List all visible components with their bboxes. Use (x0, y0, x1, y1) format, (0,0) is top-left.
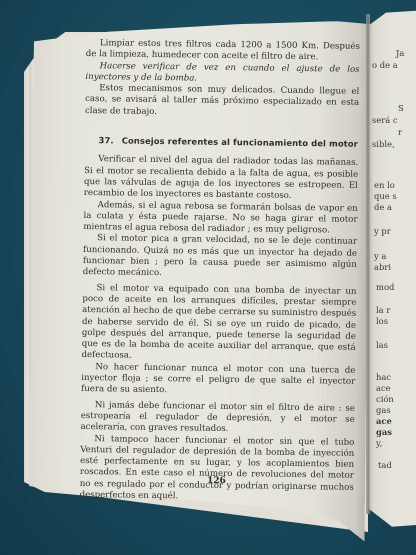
right-fragment: y pr (374, 226, 391, 237)
right-fragment: de a (374, 202, 392, 213)
right-page-text-fragments: Ja o de a S será c r sible, en lo que s … (372, 38, 416, 508)
right-fragment: la r (376, 305, 390, 316)
right-fragment: las (376, 340, 388, 351)
body-paragraph: No hacer funcionar nunca el motor con un… (81, 362, 355, 400)
right-fragment: tad (378, 460, 392, 471)
section-number: 37. (99, 135, 114, 145)
body-paragraph: Ni jamás debe funcionar el motor sin el … (80, 400, 354, 438)
body-paragraph: Si el motor va equipado con una bomba de… (81, 283, 356, 366)
right-fragment: abri (374, 262, 391, 273)
right-fragment: ace (376, 416, 392, 427)
right-fragment: que s (374, 191, 397, 202)
right-fragment: ace (376, 383, 391, 394)
body-paragraph: Además, si el agua rebosa se formarán bo… (83, 200, 357, 238)
right-fragment: o de a (372, 60, 398, 71)
right-fragment: hac (376, 372, 391, 383)
right-fragment: gas (376, 427, 392, 438)
book-spine-gutter (366, 14, 370, 514)
right-fragment: y a (374, 251, 386, 262)
right-fragment: será c (372, 115, 398, 126)
right-fragment: S (398, 103, 404, 114)
right-fragment: los (376, 316, 388, 327)
intro-paragraph: Estos mecanismos son muy delicados. Cuan… (85, 83, 359, 121)
body-paragraph: Verificar el nivel del agua del radiador… (84, 154, 359, 203)
body-paragraph: Ni tampoco hacer funcionar el motor sin … (80, 433, 355, 505)
right-fragment: y, (376, 438, 382, 449)
right-fragment: mod (376, 282, 394, 293)
section-title: Consejos referentes al funcionamiento de… (122, 136, 358, 149)
right-fragment: sible, (372, 139, 395, 150)
right-fragment: gas (376, 405, 391, 416)
left-page-text: Limpiar estos tres filtros cada 1200 a 1… (80, 38, 360, 505)
body-paragraph: Si el motor pica a gran velocidad, no se… (83, 233, 358, 282)
right-fragment: ción (376, 394, 394, 405)
section-heading: 37. Consejos referentes al funcionamient… (84, 135, 358, 150)
right-fragment: r (398, 127, 402, 138)
right-fragment: en lo (374, 180, 395, 191)
intro-paragraph: Limpiar estos tres filtros cada 1200 a 1… (86, 38, 360, 64)
page-number: 126 (207, 476, 226, 486)
right-fragment: Ja (396, 48, 404, 59)
